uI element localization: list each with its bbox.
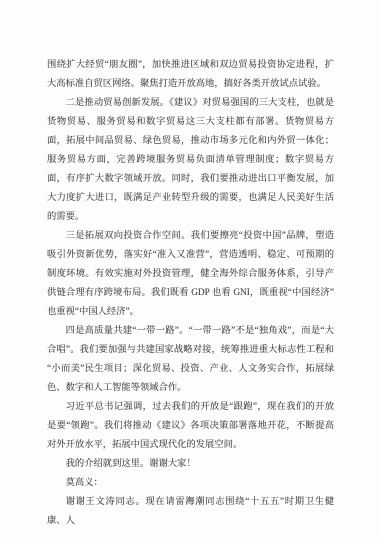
paragraph-point-four: 四是高质量共建“一带一路”。“一带一路”不是“独角戏”，而是“大合唱”。我们要加… xyxy=(47,322,334,398)
paragraph-thanks: 我的介绍就到这里。谢谢大家！ xyxy=(47,455,334,474)
paragraph-point-two: 二是推动贸易创新发展。《建议》对贸易强国的三大支柱，也就是货物贸易、服务贸易和数… xyxy=(47,94,334,227)
page-number: 28 xyxy=(0,495,380,504)
speaker-name: 莫高义： xyxy=(47,474,334,493)
paragraph-opening-continued: 围绕扩大经贸“朋友圈”，加快推进区域和双边贸易投资协定进程，扩大高标准自贸区网络… xyxy=(47,56,334,94)
page-body-text: 围绕扩大经贸“朋友圈”，加快推进区域和双边贸易投资协定进程，扩大高标准自贸区网络… xyxy=(47,56,334,531)
paragraph-point-three: 三是拓展双向投资合作空间。我们要擦亮“投资中国”品牌，塑造吸引外资新优势，落实好… xyxy=(47,227,334,322)
document-page: 围绕扩大经贸“朋友圈”，加快推进区域和双边贸易投资协定进程，扩大高标准自贸区网络… xyxy=(0,0,380,537)
paragraph-closing-remark: 习近平总书记强调，过去我们的开放是“跟跑”，现在我们的开放是要“领跑”。我们将推… xyxy=(47,398,334,455)
